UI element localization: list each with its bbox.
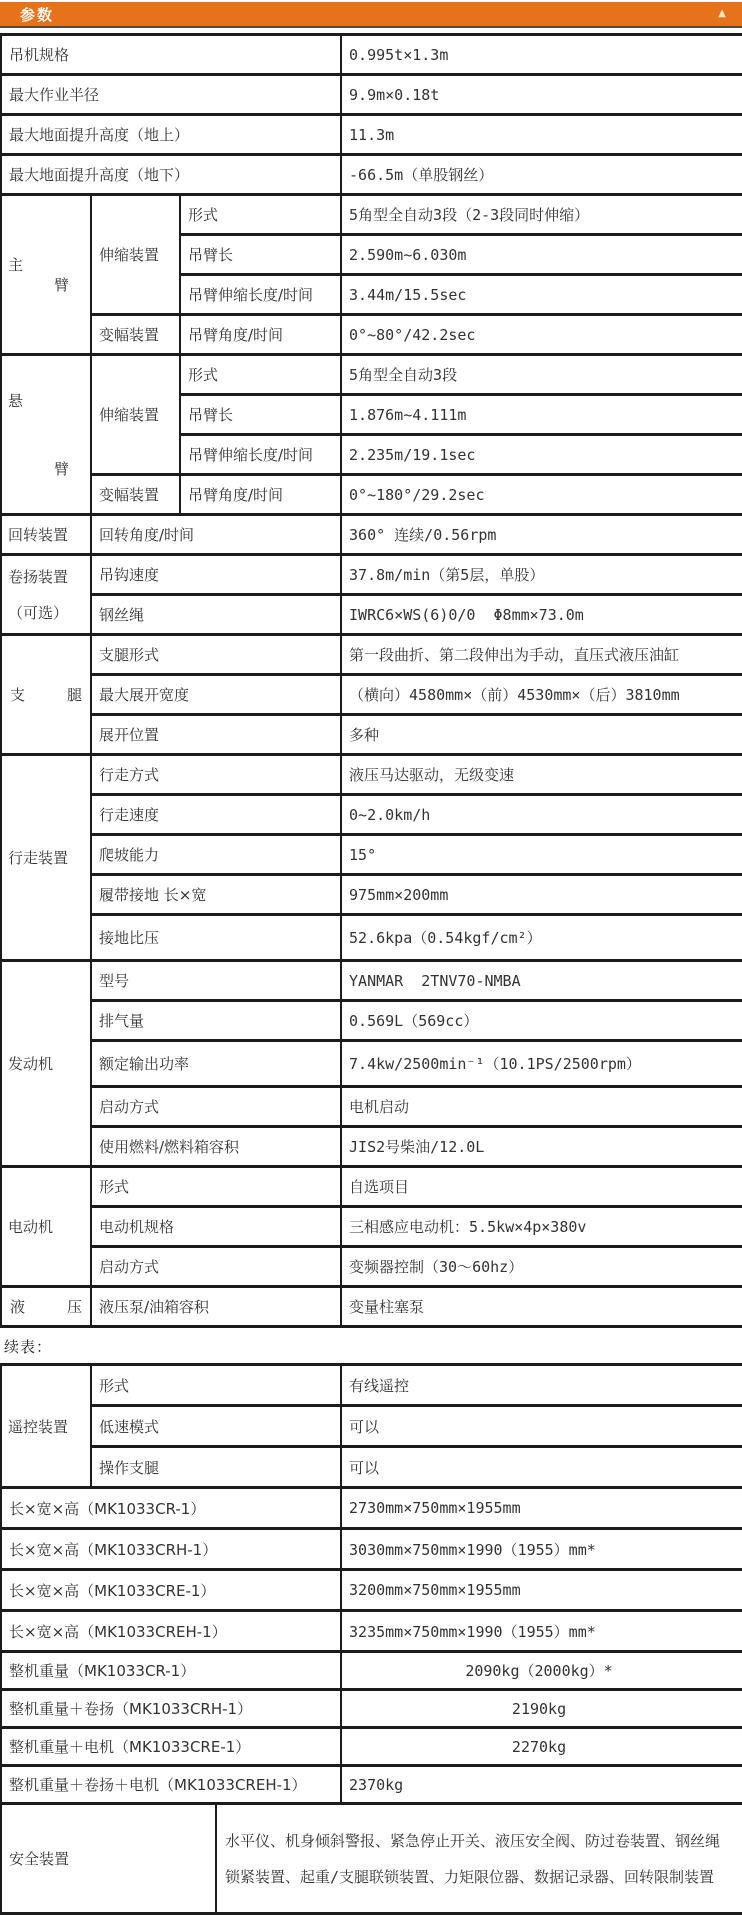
spec-value: 975mm×200mm (341, 875, 742, 915)
group-hydraulic: 液 压 (1, 1287, 91, 1327)
table-row: 整机重量＋卷扬（MK1033CRH-1） 2190kg (1, 1690, 742, 1728)
spec-value: 水平仪、机身倾斜警报、紧急停止开关、液压安全阀、防过卷装置、钢丝绳锁紧装置、起重… (216, 1804, 742, 1914)
table-row: 整机重量＋卷扬＋电机（MK1033CREH-1） 2370kg (1, 1766, 742, 1804)
collapse-up-icon: ▲ (718, 9, 726, 19)
group-label-char: 压 (67, 1296, 82, 1317)
group-label-char: 腿 (67, 684, 82, 705)
spec-value: 2.235m/19.1sec (341, 435, 742, 475)
spec-value: 0~2.0km/h (341, 795, 742, 835)
spec-value: 7.4kw/2500min⁻¹（10.1PS/2500rpm） (341, 1041, 742, 1087)
spec-value: 5角型全自动3段 (341, 355, 742, 395)
spec-label: 液压泵/油箱容积 (91, 1287, 341, 1327)
table-row: 整机重量＋电机（MK1033CRE-1） 2270kg (1, 1728, 742, 1766)
section-title: 参数 (20, 4, 54, 25)
group-remote: 遥控装置 (1, 1365, 91, 1488)
table-row: 最大地面提升高度（地上） 11.3m (1, 115, 742, 155)
spec-label: 行走速度 (91, 795, 341, 835)
table-row: 行走速度 0~2.0km/h (1, 795, 742, 835)
spec-value: （横向）4580mm×（前）4530mm×（后）3810mm (341, 675, 742, 715)
spec-value: 3200mm×750mm×1955mm (341, 1570, 742, 1611)
table-row: 操作支腿 可以 (1, 1447, 742, 1488)
table-row: 履带接地 长×宽 975mm×200mm (1, 875, 742, 915)
spec-label: 履带接地 长×宽 (91, 875, 341, 915)
spec-label: 吊臂伸缩长度/时间 (180, 275, 341, 315)
spec-value: YANMAR 2TNV70-NMBA (341, 961, 742, 1001)
spec-label: 长×宽×高（MK1033CR-1） (1, 1488, 341, 1529)
table-row: 长×宽×高（MK1033CR-1） 2730mm×750mm×1955mm (1, 1488, 742, 1529)
spec-value: 可以 (341, 1447, 742, 1488)
spec-value: 3235mm×750mm×1990（1955）mm* (341, 1611, 742, 1652)
group-safety: 安全装置 (1, 1804, 216, 1914)
table-row: 长×宽×高（MK1033CREH-1） 3235mm×750mm×1990（19… (1, 1611, 742, 1652)
spec-label: 使用燃料/燃料箱容积 (91, 1127, 341, 1167)
spec-label: 整机重量＋卷扬（MK1033CRH-1） (1, 1690, 341, 1728)
spec-label: 最大地面提升高度（地下） (1, 155, 341, 195)
spec-value: 37.8m/min（第5层，单股） (341, 555, 742, 595)
spec-label: 操作支腿 (91, 1447, 341, 1488)
spec-value: 0°~80°/42.2sec (341, 315, 742, 355)
spec-value: 1.876m~4.111m (341, 395, 742, 435)
spec-value: 5角型全自动3段（2-3段同时伸缩） (341, 195, 742, 235)
spec-label: 最大作业半径 (1, 75, 341, 115)
spec-value: 变频器控制（30～60hz） (341, 1247, 742, 1287)
spec-value: -66.5m（单股钢丝） (341, 155, 742, 195)
group-jib: 悬 臂 (1, 355, 91, 515)
spec-value: 可以 (341, 1406, 742, 1447)
table-row: 接地比压 52.6kpa（0.54kgf/cm²） (1, 915, 742, 961)
table-row: 最大地面提升高度（地下） -66.5m（单股钢丝） (1, 155, 742, 195)
spec-value: 2.590m~6.030m (341, 235, 742, 275)
table-row: 行走装置 行走方式 液压马达驱动，无级变速 (1, 755, 742, 795)
spec-value: 2190kg (341, 1690, 742, 1728)
spec-label: 形式 (180, 195, 341, 235)
table-row: 整机重量（MK1033CR-1） 2090kg（2000kg）* (1, 1652, 742, 1690)
spec-label: 长×宽×高（MK1033CRE-1） (1, 1570, 341, 1611)
table-row: 变幅装置 吊臂角度/时间 0°~80°/42.2sec (1, 315, 742, 355)
spec-value: 2730mm×750mm×1955mm (341, 1488, 742, 1529)
group-label-line: 臂 (8, 459, 84, 479)
table-row: 爬坡能力 15° (1, 835, 742, 875)
table-row: 支 腿 支腿形式 第一段曲折、第二段伸出为手动，直压式液压油缸 (1, 635, 742, 675)
spec-value: 3030mm×750mm×1990（1955）mm* (341, 1529, 742, 1570)
spec-value: IWRC6×WS(6)0/0 Φ8mm×73.0m (341, 595, 742, 635)
spec-label: 整机重量＋电机（MK1033CRE-1） (1, 1728, 341, 1766)
group-label-line: （可选） (8, 603, 84, 623)
subgroup-luffing: 变幅装置 (91, 315, 180, 355)
table-row: 展开位置 多种 (1, 715, 742, 755)
spec-label: 排气量 (91, 1001, 341, 1041)
subgroup-telescoping: 伸缩装置 (91, 355, 180, 475)
spec-value: 360° 连续/0.56rpm (341, 515, 742, 555)
spec-label: 行走方式 (91, 755, 341, 795)
spec-value: 电机启动 (341, 1087, 742, 1127)
spec-table-continued: 遥控装置 形式 有线遥控 低速模式 可以 操作支腿 可以 长×宽×高（MK103… (0, 1363, 742, 1915)
spec-value: 0°~180°/29.2sec (341, 475, 742, 515)
table-row: 回转装置 回转角度/时间 360° 连续/0.56rpm (1, 515, 742, 555)
spec-value: 三相感应电动机：5.5kw×4p×380v (341, 1207, 742, 1247)
spec-label: 展开位置 (91, 715, 341, 755)
group-label-line: 主 (8, 255, 84, 275)
spec-value: 第一段曲折、第二段伸出为手动，直压式液压油缸 (341, 635, 742, 675)
spec-label: 形式 (91, 1167, 341, 1207)
group-label-char: 支 (10, 684, 25, 705)
spec-label: 吊臂长 (180, 395, 341, 435)
subgroup-luffing: 变幅装置 (91, 475, 180, 515)
spec-label: 接地比压 (91, 915, 341, 961)
group-motor: 电动机 (1, 1167, 91, 1287)
table-row: 启动方式 变频器控制（30～60hz） (1, 1247, 742, 1287)
spec-table: 吊机规格 0.995t×1.3m 最大作业半径 9.9m×0.18t 最大地面提… (0, 33, 742, 1328)
spec-value: 11.3m (341, 115, 742, 155)
table-row: 最大展开宽度 （横向）4580mm×（前）4530mm×（后）3810mm (1, 675, 742, 715)
table-row: 钢丝绳 IWRC6×WS(6)0/0 Φ8mm×73.0m (1, 595, 742, 635)
spec-label: 吊钩速度 (91, 555, 341, 595)
table-row: 长×宽×高（MK1033CRH-1） 3030mm×750mm×1990（195… (1, 1529, 742, 1570)
spec-label: 回转角度/时间 (91, 515, 341, 555)
spec-label: 最大展开宽度 (91, 675, 341, 715)
table-row: 悬 臂 伸缩装置 形式 5角型全自动3段 (1, 355, 742, 395)
table-row: 启动方式 电机启动 (1, 1087, 742, 1127)
group-label-char: 液 (10, 1296, 25, 1317)
spec-value: 0.995t×1.3m (341, 35, 742, 75)
continuation-label: 续表： (4, 1336, 742, 1357)
group-label-line: 卷扬装置 (8, 567, 84, 587)
spec-label: 低速模式 (91, 1406, 341, 1447)
spec-label: 吊机规格 (1, 35, 341, 75)
spec-label: 吊臂角度/时间 (180, 475, 341, 515)
spec-value: JIS2号柴油/12.0L (341, 1127, 742, 1167)
group-label-line: 臂 (8, 275, 84, 295)
params-accordion-header[interactable]: 参数 ▲ (0, 2, 742, 28)
subgroup-telescoping: 伸缩装置 (91, 195, 180, 315)
table-row: 最大作业半径 9.9m×0.18t (1, 75, 742, 115)
table-row: 额定输出功率 7.4kw/2500min⁻¹（10.1PS/2500rpm） (1, 1041, 742, 1087)
spec-label: 启动方式 (91, 1087, 341, 1127)
spec-label: 型号 (91, 961, 341, 1001)
group-slewing: 回转装置 (1, 515, 91, 555)
group-travel: 行走装置 (1, 755, 91, 961)
group-main-arm: 主 臂 (1, 195, 91, 355)
spec-label: 额定输出功率 (91, 1041, 341, 1087)
table-row: 长×宽×高（MK1033CRE-1） 3200mm×750mm×1955mm (1, 1570, 742, 1611)
spec-value: 52.6kpa（0.54kgf/cm²） (341, 915, 742, 961)
table-row: 电动机 形式 自选项目 (1, 1167, 742, 1207)
spec-value: 3.44m/15.5sec (341, 275, 742, 315)
table-row: 主 臂 伸缩装置 形式 5角型全自动3段（2-3段同时伸缩） (1, 195, 742, 235)
spec-label: 支腿形式 (91, 635, 341, 675)
spec-label: 长×宽×高（MK1033CRH-1） (1, 1529, 341, 1570)
spec-label: 爬坡能力 (91, 835, 341, 875)
table-row: 安全装置 水平仪、机身倾斜警报、紧急停止开关、液压安全阀、防过卷装置、钢丝绳锁紧… (1, 1804, 742, 1914)
spec-value: 有线遥控 (341, 1365, 742, 1406)
spec-value: 多种 (341, 715, 742, 755)
spec-value: 2090kg（2000kg）* (341, 1652, 742, 1690)
group-outrigger: 支 腿 (1, 635, 91, 755)
spec-label: 形式 (180, 355, 341, 395)
table-row: 发动机 型号 YANMAR 2TNV70-NMBA (1, 961, 742, 1001)
spec-value: 15° (341, 835, 742, 875)
spec-label: 吊臂角度/时间 (180, 315, 341, 355)
spec-value: 9.9m×0.18t (341, 75, 742, 115)
table-row: 卷扬装置 （可选） 吊钩速度 37.8m/min（第5层，单股） (1, 555, 742, 595)
spec-label: 电动机规格 (91, 1207, 341, 1247)
spec-label: 最大地面提升高度（地上） (1, 115, 341, 155)
table-row: 低速模式 可以 (1, 1406, 742, 1447)
table-row: 液 压 液压泵/油箱容积 变量柱塞泵 (1, 1287, 742, 1327)
group-label-line: 悬 (8, 391, 84, 411)
spec-value: 变量柱塞泵 (341, 1287, 742, 1327)
spec-label: 整机重量（MK1033CR-1） (1, 1652, 341, 1690)
table-row: 变幅装置 吊臂角度/时间 0°~180°/29.2sec (1, 475, 742, 515)
spec-label: 长×宽×高（MK1033CREH-1） (1, 1611, 341, 1652)
spec-value: 自选项目 (341, 1167, 742, 1207)
spec-label: 吊臂伸缩长度/时间 (180, 435, 341, 475)
spec-label: 形式 (91, 1365, 341, 1406)
spec-label: 整机重量＋卷扬＋电机（MK1033CREH-1） (1, 1766, 341, 1804)
spec-label: 钢丝绳 (91, 595, 341, 635)
table-row: 排气量 0.569L（569cc） (1, 1001, 742, 1041)
group-engine: 发动机 (1, 961, 91, 1167)
spec-value: 2370kg (341, 1766, 742, 1804)
spec-value: 0.569L（569cc） (341, 1001, 742, 1041)
spec-value: 液压马达驱动，无级变速 (341, 755, 742, 795)
table-row: 电动机规格 三相感应电动机：5.5kw×4p×380v (1, 1207, 742, 1247)
table-row: 遥控装置 形式 有线遥控 (1, 1365, 742, 1406)
group-winch: 卷扬装置 （可选） (1, 555, 91, 635)
spec-label: 吊臂长 (180, 235, 341, 275)
spec-label: 启动方式 (91, 1247, 341, 1287)
table-row: 吊机规格 0.995t×1.3m (1, 35, 742, 75)
table-row: 使用燃料/燃料箱容积 JIS2号柴油/12.0L (1, 1127, 742, 1167)
spec-value: 2270kg (341, 1728, 742, 1766)
